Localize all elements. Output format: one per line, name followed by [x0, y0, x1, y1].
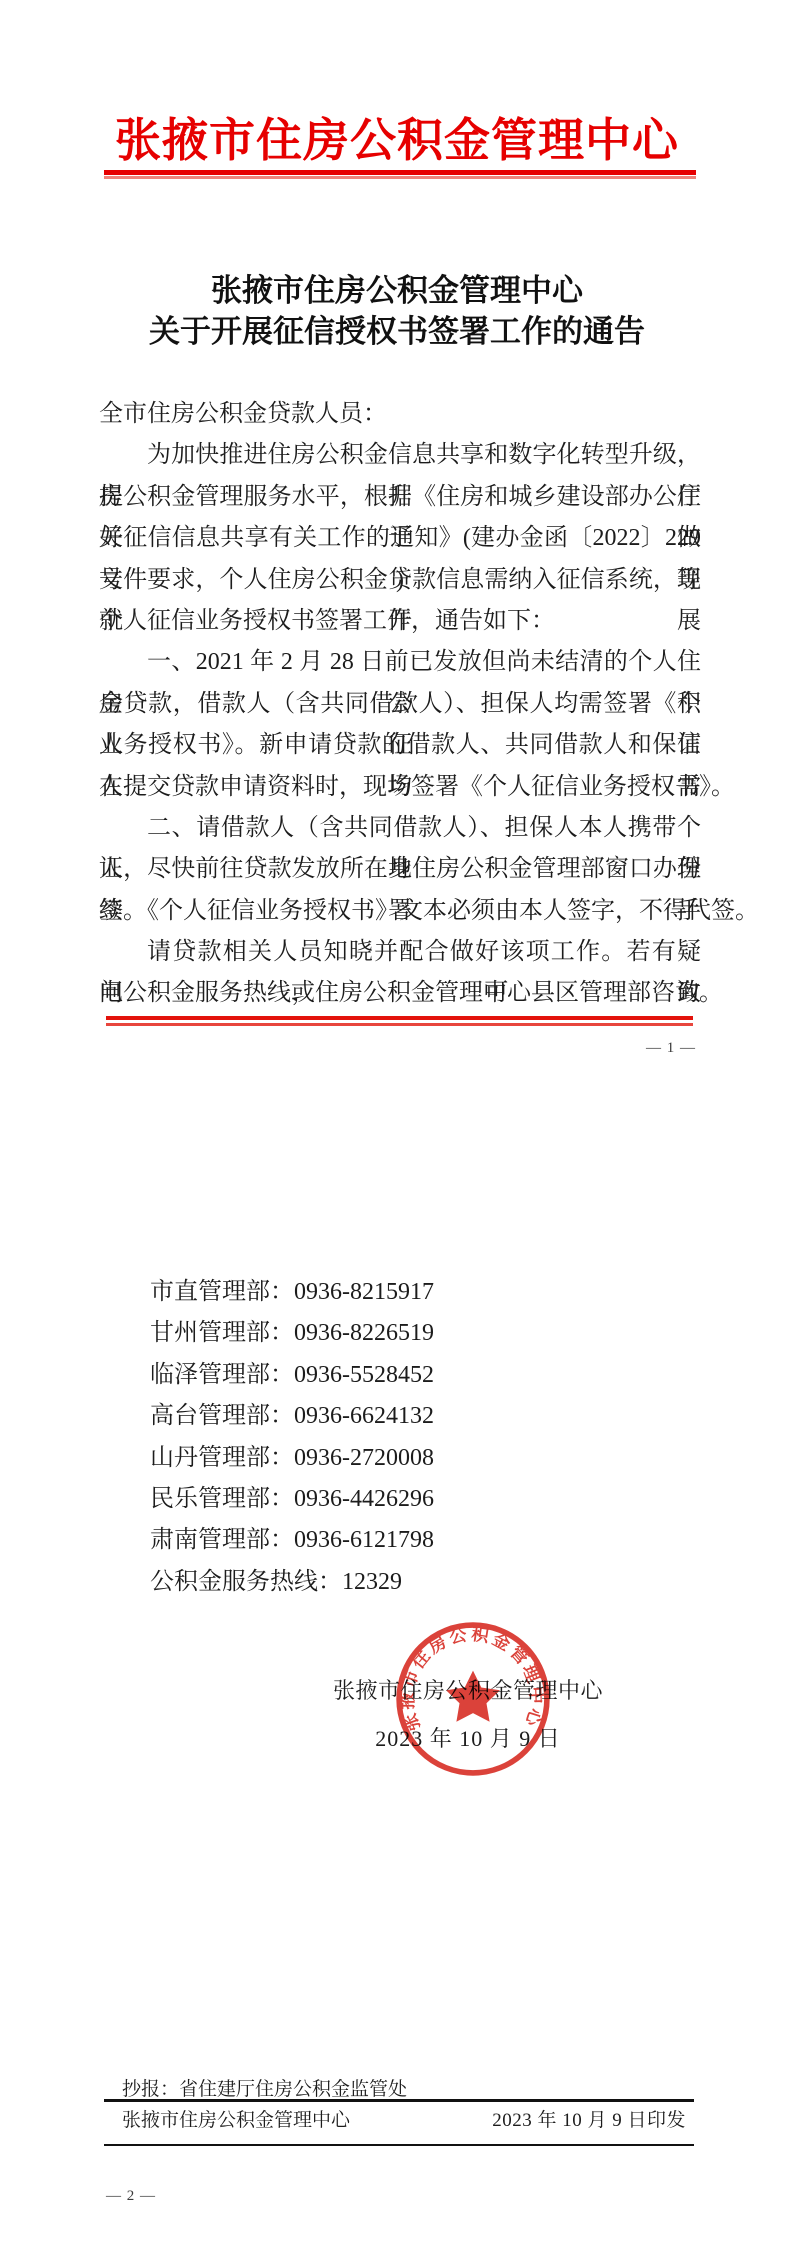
body-line: 证，尽快前往贷款发放所在地住房公积金管理部窗口办理签署手 [99, 849, 701, 890]
footer-copy-to: 抄报：省住建厅住房公积金监管处 [122, 2074, 407, 2101]
contact-line: 甘州管理部：0936-8226519 [150, 1313, 434, 1354]
body-line: 续。《个人征信业务授权书》文本必须由本人签字，不得代签。 [99, 891, 701, 932]
contact-line: 公积金服务热线：12329 [150, 1562, 434, 1603]
signature-block: 张掖市住房公积金管理中心 2023 年 10 月 9 日 [280, 1674, 656, 1753]
contact-line: 民乐管理部：0936-4426296 [150, 1479, 434, 1520]
body-line: 二、请借款人（含共同借款人）、担保人本人携带个人身份 [99, 808, 701, 849]
body-line: 请贷款相关人员知晓并配合做好该项工作。若有疑问，可致 [99, 932, 701, 973]
contact-line: 高台管理部：0936-6624132 [150, 1396, 434, 1437]
body-line: 一、2021 年 2 月 28 日前已发放但尚未结清的个人住房公积 [99, 642, 701, 683]
body-line: 金贷款，借款人（含共同借款人）、担保人均需签署《个人征信 [99, 684, 701, 725]
page2-number: — 2 — [106, 2188, 156, 2205]
footer-rule-bottom [104, 2144, 694, 2146]
contact-line: 临泽管理部：0936-5528452 [150, 1355, 434, 1396]
contact-list: 市直管理部：0936-8215917 甘州管理部：0936-8226519 临泽… [150, 1272, 434, 1603]
letterhead-divider-thick [104, 170, 696, 175]
document-title: 张掖市住房公积金管理中心 关于开展征信授权书签署工作的通告 [0, 270, 794, 352]
letterhead-divider-thin [104, 176, 696, 179]
body-line: 好征信信息共享有关工作的通知》(建办金函〔2022〕229 号)等 [99, 518, 701, 559]
footer-print-date: 2023 年 10 月 9 日印发 [492, 2108, 686, 2134]
footer-issuer: 张掖市住房公积金管理中心 [122, 2108, 350, 2134]
page1-number: — 1 — [600, 1040, 696, 1057]
contact-line: 肃南管理部：0936-6121798 [150, 1520, 434, 1561]
body-line: 电公积金服务热线或住房公积金管理中心县区管理部咨询。 [99, 973, 701, 1014]
body-line: 房公积金管理服务水平，根据《住房和城乡建设部办公厅关于做 [99, 477, 701, 518]
body-line: 全市住房公积金贷款人员： [99, 394, 701, 435]
document-page: 张掖市住房公积金管理中心 张掖市住房公积金管理中心 关于开展征信授权书签署工作的… [0, 0, 794, 2246]
document-title-line2: 关于开展征信授权书签署工作的通告 [0, 311, 794, 352]
body-line: 在提交贷款申请资料时，现场签署《个人征信业务授权书》。 [99, 767, 701, 808]
document-title-line1: 张掖市住房公积金管理中心 [0, 270, 794, 311]
page1-closing-rule-bottom [106, 1023, 693, 1026]
body-line: 为加快推进住房公积金信息共享和数字化转型升级，提升住 [99, 435, 701, 476]
body-line: 文件要求，个人住房公积金贷款信息需纳入征信系统，现就开展 [99, 560, 701, 601]
letterhead-divider [104, 170, 696, 179]
page1-closing-rule [106, 1016, 693, 1026]
body-line: 业务授权书》。新申请贷款的借款人、共同借款人和保证人均需 [99, 725, 701, 766]
letterhead-org-title: 张掖市住房公积金管理中心 [0, 104, 794, 170]
footer-rule-top [104, 2099, 694, 2102]
signature-org: 张掖市住房公积金管理中心 [280, 1674, 656, 1705]
contact-line: 山丹管理部：0936-2720008 [150, 1438, 434, 1479]
contact-line: 市直管理部：0936-8215917 [150, 1272, 434, 1313]
signature-date: 2023 年 10 月 9 日 [280, 1722, 656, 1753]
footer-issue-row: 张掖市住房公积金管理中心 2023 年 10 月 9 日印发 [122, 2108, 686, 2134]
page1-closing-rule-top [106, 1016, 693, 1020]
body-text: 全市住房公积金贷款人员： 为加快推进住房公积金信息共享和数字化转型升级，提升住 … [99, 394, 701, 1015]
